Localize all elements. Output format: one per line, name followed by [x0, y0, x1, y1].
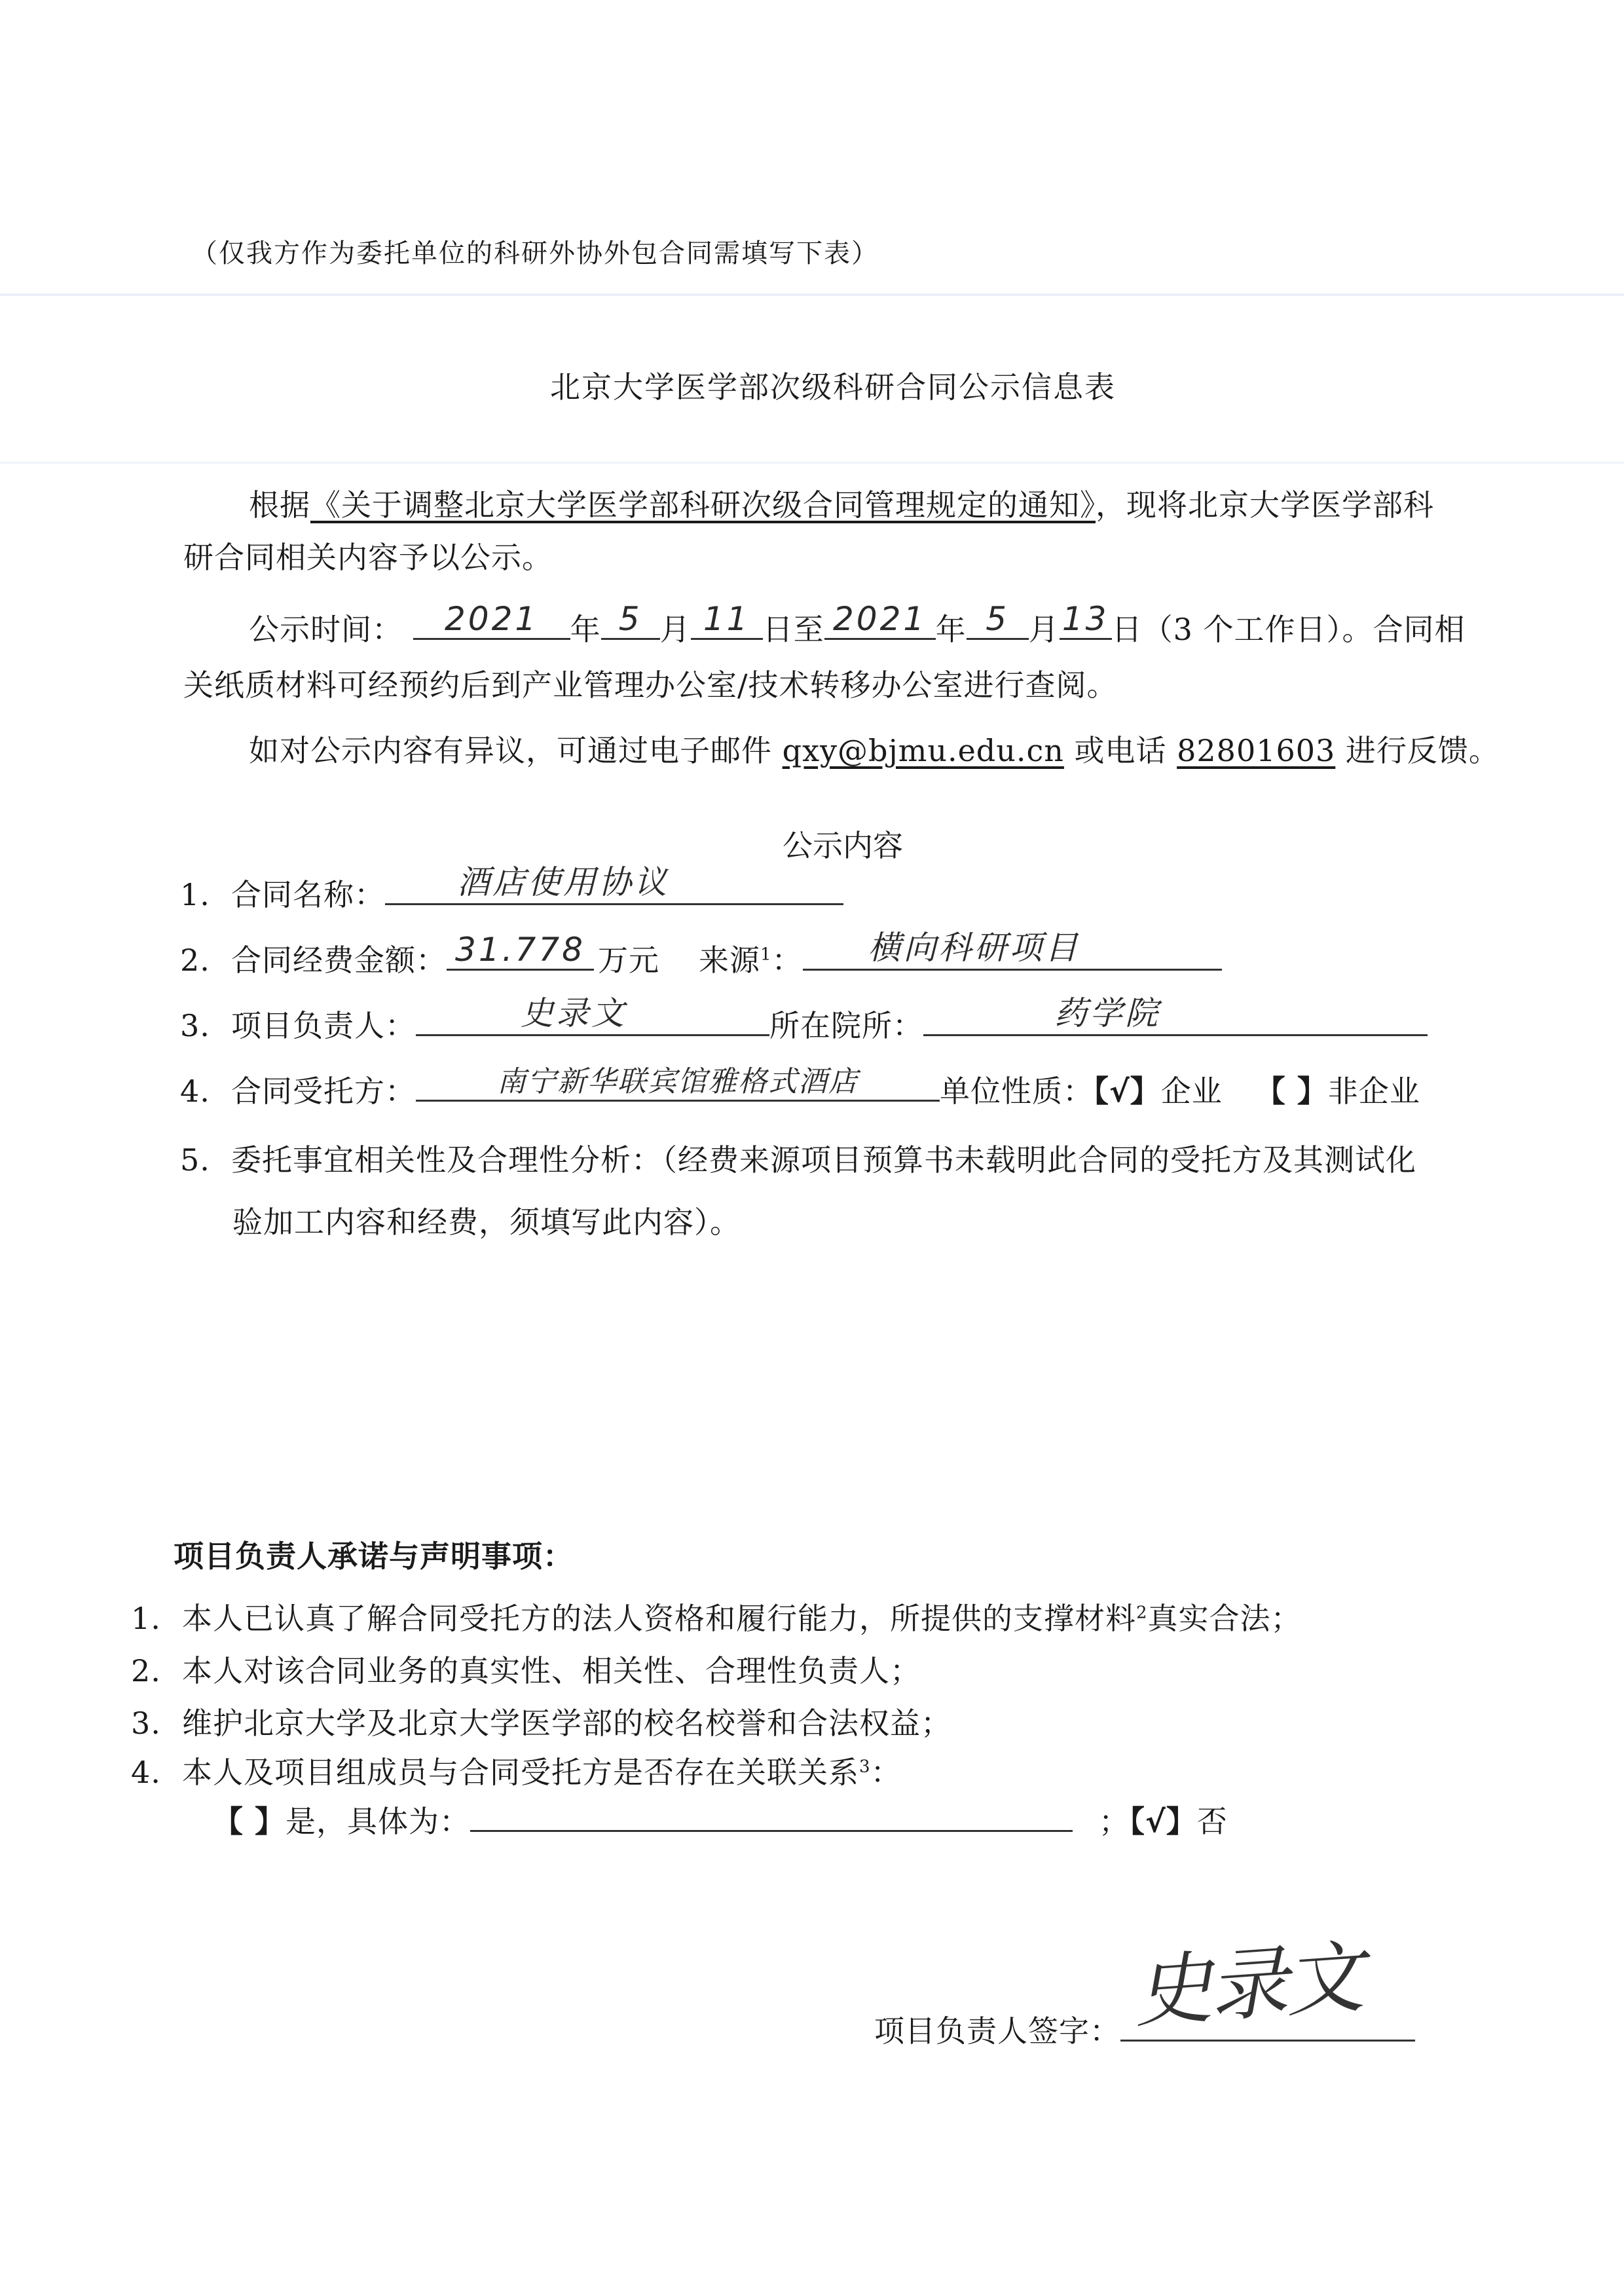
feedback-suffix: 进行反馈。: [1335, 733, 1500, 768]
footnote-ref: 1: [760, 945, 772, 965]
intro-suffix: ，现将北京大学医学部科: [1096, 487, 1434, 523]
item-number: 4.: [131, 1755, 182, 1790]
item-number: 1.: [131, 1601, 182, 1636]
department-field[interactable]: 药学院: [923, 1003, 1428, 1036]
item-note: （经费来源项目预算书未载明此合同的受托方及其测试化: [662, 1142, 1416, 1178]
relation-yes-label: 是，具体为：: [286, 1804, 470, 1839]
item-number: 3.: [131, 1706, 182, 1741]
publicity-period-line-2: 关纸质材料可经预约后到产业管理办公室/技术转移办公室进行查阅。: [183, 662, 1118, 705]
start-month-field[interactable]: 5: [601, 606, 660, 640]
item-label: 合同受托方：: [231, 1073, 416, 1109]
commitment-item: 4.本人及项目组成员与合同受托方是否存在关联关系3：: [131, 1749, 902, 1792]
month-char: 月: [1029, 612, 1060, 647]
day-to-char: 日至: [763, 612, 824, 647]
amount-unit: 万元: [598, 942, 659, 978]
item-relevance-analysis: 5.委托事宜相关性及合理性分析：（经费来源项目预算书未载明此合同的受托方及其测试…: [180, 1136, 1416, 1180]
handwritten-signature: 史录文: [1129, 1914, 1364, 2043]
enterprise-label: 企业: [1161, 1073, 1223, 1109]
item-contract-amount: 2.合同经费金额：31.778万元来源1：横向科研项目: [180, 937, 1222, 980]
page-title: 北京大学医学部次级科研合同公示信息表: [550, 364, 1116, 407]
commitment-item: 2.本人对该合同业务的真实性、相关性、合理性负责人；: [131, 1647, 921, 1690]
month-char: 月: [660, 612, 691, 647]
start-day-field[interactable]: 11: [691, 606, 763, 640]
enterprise-checkbox[interactable]: 【√】: [1094, 1073, 1161, 1109]
commitment-item: 3.维护北京大学及北京大学医学部的校名校誉和合法权益；: [131, 1700, 951, 1743]
footnote-ref: 2: [1136, 1603, 1148, 1623]
relation-row: 【 】是，具体为：；【√】否: [213, 1798, 1228, 1841]
item-contract-name: 1.合同名称：酒店使用协议: [180, 871, 843, 914]
item-number: 2.: [180, 942, 231, 978]
item-number: 4.: [180, 1073, 231, 1109]
relation-yes-checkbox[interactable]: 【 】: [213, 1804, 286, 1839]
feedback-line: 如对公示内容有异议，可通过电子邮件 qxy@bjmu.edu.cn 或电话 82…: [249, 727, 1500, 770]
footnote-ref: 3: [859, 1757, 871, 1777]
day-char: 日: [1112, 612, 1143, 647]
relation-no-label: 否: [1197, 1804, 1228, 1839]
nature-label: 单位性质：: [940, 1073, 1094, 1109]
commitment-item: 1.本人已认真了解合同受托方的法人资格和履行能力，所提供的支撑材料2真实合法；: [131, 1595, 1302, 1638]
year-char: 年: [570, 612, 601, 647]
commitment-text: 本人对该合同业务的真实性、相关性、合理性负责人；: [182, 1653, 921, 1689]
notice-link[interactable]: 《关于调整北京大学医学部科研次级合同管理规定的通知》: [310, 487, 1096, 523]
item-number: 2.: [131, 1653, 182, 1689]
commitment-text: 真实合法；: [1148, 1601, 1302, 1636]
item-contractor: 4.合同受托方：南宁新华联宾馆雅格式酒店单位性质：【√】企业【 】非企业: [180, 1068, 1420, 1111]
year-char: 年: [936, 612, 967, 647]
non-enterprise-checkbox[interactable]: 【 】: [1255, 1073, 1328, 1109]
publicity-period-line-1: 公示时间： 2021年5月11日至2021年5月13日（3 个工作日）。合同相: [249, 606, 1466, 649]
header-note: （仅我方作为委托单位的科研外协外包合同需填写下表）: [191, 233, 879, 270]
commitment-text: ：: [871, 1755, 902, 1790]
item-label: 项目负责人：: [231, 1008, 416, 1043]
dept-label: 所在院所：: [769, 1008, 923, 1043]
item-number: 5.: [180, 1142, 231, 1178]
project-leader-field[interactable]: 史录文: [416, 1003, 769, 1036]
commitment-text: 本人及项目组成员与合同受托方是否存在关联关系: [182, 1755, 859, 1790]
period-tail: （3 个工作日）。合同相: [1143, 612, 1466, 647]
end-month-field[interactable]: 5: [967, 606, 1029, 640]
signature-label: 项目负责人签字：: [874, 2013, 1120, 2049]
feedback-phone[interactable]: 82801603: [1177, 733, 1335, 768]
commitment-text: 维护北京大学及北京大学医学部的校名校誉和合法权益；: [182, 1706, 951, 1741]
item-label: 合同经费金额：: [231, 942, 447, 978]
relation-detail-field[interactable]: [470, 1804, 1073, 1832]
start-year-field[interactable]: 2021: [413, 606, 570, 640]
end-year-field[interactable]: 2021: [824, 606, 936, 640]
feedback-email-link[interactable]: qxy@bjmu.edu.cn: [783, 733, 1064, 768]
end-day-field[interactable]: 13: [1060, 606, 1112, 640]
feedback-mid: 或电话: [1064, 733, 1177, 768]
separator: ；: [1099, 1804, 1130, 1839]
commitment-text: 本人已认真了解合同受托方的法人资格和履行能力，所提供的支撑材料: [182, 1601, 1136, 1636]
item-number: 1.: [180, 877, 231, 912]
contract-amount-field[interactable]: 31.778: [447, 937, 594, 971]
non-enterprise-label: 非企业: [1328, 1073, 1420, 1109]
item-label: 委托事宜相关性及合理性分析：: [231, 1142, 662, 1178]
contract-name-field[interactable]: 酒店使用协议: [385, 872, 843, 905]
intro-line-1: 根据《关于调整北京大学医学部科研次级合同管理规定的通知》，现将北京大学医学部科: [249, 481, 1434, 525]
source-label: 来源: [699, 942, 760, 978]
item-relevance-note-line-2: 验加工内容和经费，须填写此内容）。: [232, 1199, 741, 1242]
period-label: 公示时间：: [249, 612, 403, 647]
relation-no-checkbox[interactable]: 【√】: [1130, 1804, 1197, 1839]
scan-artifact-line: [0, 293, 1624, 296]
funding-source-field[interactable]: 横向科研项目: [803, 937, 1222, 971]
item-project-leader: 3.项目负责人：史录文所在院所：药学院: [180, 1002, 1428, 1045]
feedback-prefix: 如对公示内容有异议，可通过电子邮件: [249, 733, 783, 768]
contractor-field[interactable]: 南宁新华联宾馆雅格式酒店: [416, 1068, 940, 1102]
scan-artifact-line: [0, 462, 1624, 464]
commitments-heading: 项目负责人承诺与声明事项：: [174, 1533, 574, 1576]
item-label: 合同名称：: [231, 877, 385, 912]
intro-line-2: 研合同相关内容予以公示。: [183, 534, 553, 577]
intro-prefix: 根据: [249, 487, 310, 523]
source-colon: ：: [772, 942, 803, 978]
item-number: 3.: [180, 1008, 231, 1043]
